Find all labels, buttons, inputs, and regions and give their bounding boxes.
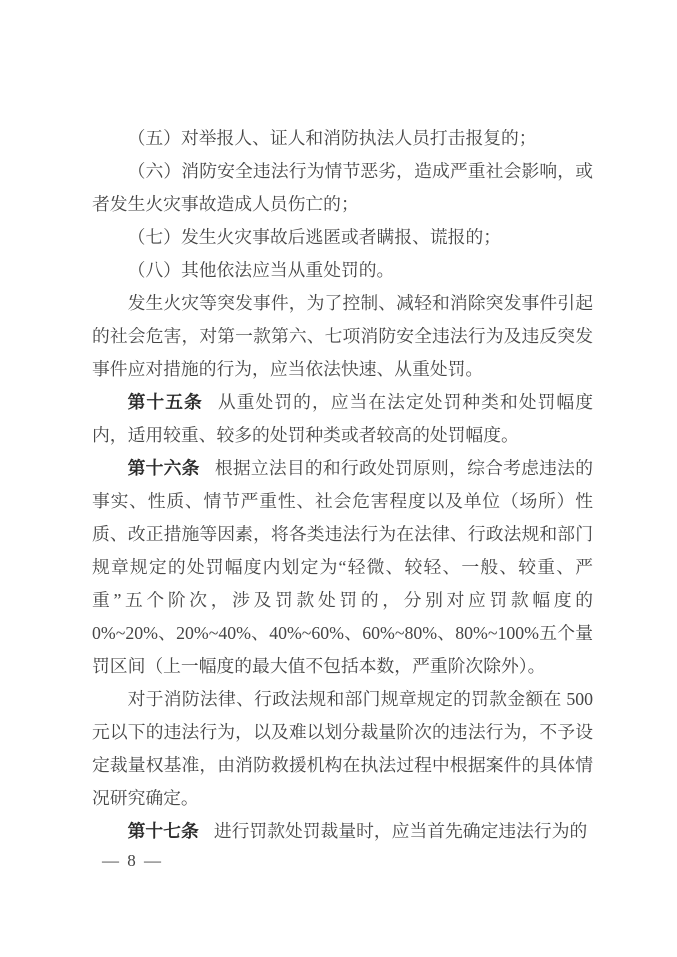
- paragraph: 第十六条根据立法目的和行政处罚原则，综合考虑违法的事实、性质、情节严重性、社会危…: [92, 452, 593, 683]
- paragraph-text: 进行罚款处罚裁量时，应当首先确定违法行为的: [214, 821, 587, 841]
- paragraph-text: （八）其他依法应当从重处罚的。: [128, 260, 395, 280]
- paragraph-text: 根据立法目的和行政处罚原则，综合考虑违法的事实、性质、情节严重性、社会危害程度以…: [92, 458, 593, 676]
- article-number: 第十五条: [128, 392, 203, 412]
- paragraph-text: （六）消防安全违法行为情节恶劣，造成严重社会影响，或者发生火灾事故造成人员伤亡的…: [92, 161, 593, 214]
- paragraph: 第十七条进行罚款处罚裁量时，应当首先确定违法行为的: [92, 815, 593, 848]
- paragraph: （五）对举报人、证人和消防执法人员打击报复的；: [92, 122, 593, 155]
- paragraph: （七）发生火灾事故后逃匿或者瞒报、谎报的；: [92, 221, 593, 254]
- article-number: 第十六条: [128, 458, 200, 478]
- paragraph: 发生火灾等突发事件，为了控制、减轻和消除突发事件引起的社会危害，对第一款第六、七…: [92, 287, 593, 386]
- paragraph: 第十五条从重处罚的，应当在法定处罚种类和处罚幅度内，适用较重、较多的处罚种类或者…: [92, 386, 593, 452]
- paragraph-text: 对于消防法律、行政法规和部门规章规定的罚款金额在 500 元以下的违法行为，以及…: [92, 689, 593, 808]
- paragraph-text: （七）发生火灾事故后逃匿或者瞒报、谎报的；: [128, 227, 501, 247]
- paragraph: （六）消防安全违法行为情节恶劣，造成严重社会影响，或者发生火灾事故造成人员伤亡的…: [92, 155, 593, 221]
- article-number: 第十七条: [128, 821, 199, 841]
- page-number: — 8 —: [102, 851, 163, 871]
- paragraph-text: （五）对举报人、证人和消防执法人员打击报复的；: [128, 128, 537, 148]
- document-body: （五）对举报人、证人和消防执法人员打击报复的；（六）消防安全违法行为情节恶劣，造…: [92, 122, 593, 848]
- paragraph: 对于消防法律、行政法规和部门规章规定的罚款金额在 500 元以下的违法行为，以及…: [92, 683, 593, 815]
- document-page: （五）对举报人、证人和消防执法人员打击报复的；（六）消防安全违法行为情节恶劣，造…: [0, 0, 677, 957]
- paragraph-text: 发生火灾等突发事件，为了控制、减轻和消除突发事件引起的社会危害，对第一款第六、七…: [92, 293, 593, 379]
- paragraph: （八）其他依法应当从重处罚的。: [92, 254, 593, 287]
